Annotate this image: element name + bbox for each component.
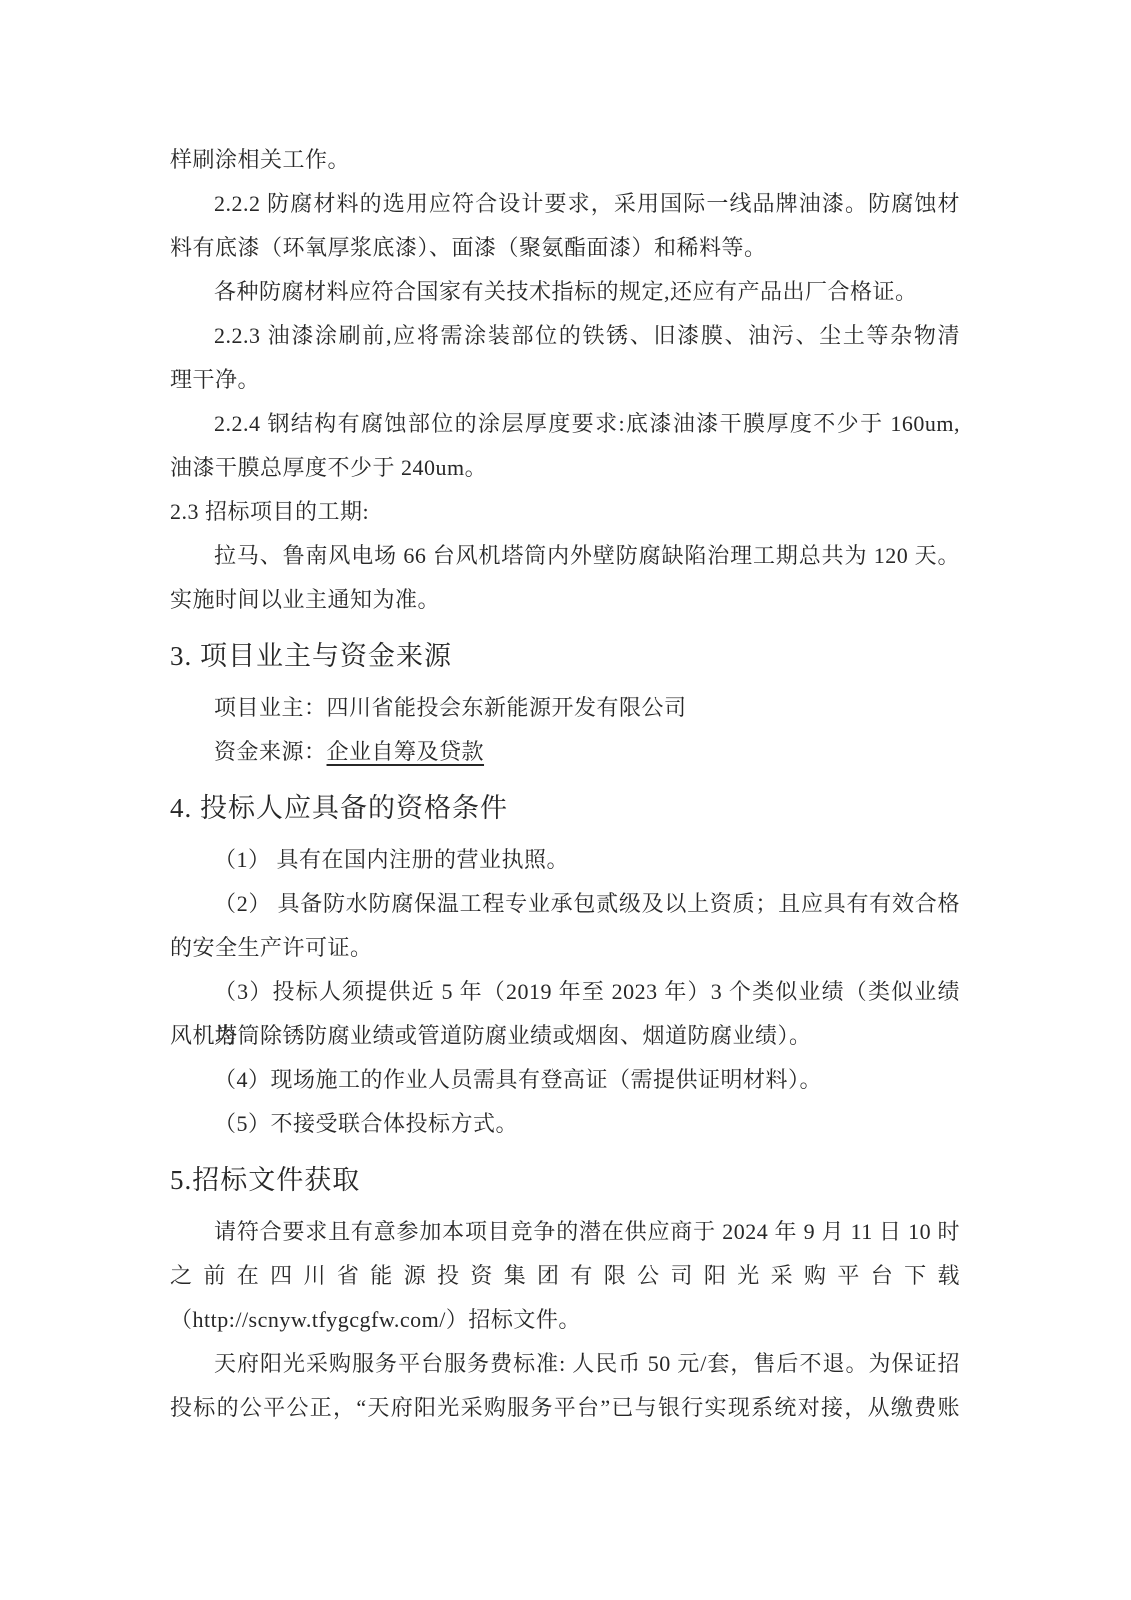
heading-3-project-owner-funding: 3. 项目业主与资金来源 xyxy=(170,633,960,679)
paragraph-materials-standards: 各种防腐材料应符合国家有关技术指标的规定,还应有产品出厂合格证。 xyxy=(170,270,960,314)
paragraph-duration-detail: 拉马、鲁南风电场 66 台风机塔筒内外壁防腐缺陷治理工期总共为 120 天。 实… xyxy=(170,534,960,622)
text-line: （5）不接受联合体投标方式。 xyxy=(170,1102,960,1146)
text-line: 项目业主：四川省能投会东新能源开发有限公司 xyxy=(170,686,960,730)
text-line: 2.2.4 钢结构有腐蚀部位的涂层厚度要求:底漆油漆干膜厚度不少于 160um, xyxy=(170,402,960,446)
line-project-owner: 项目业主：四川省能投会东新能源开发有限公司 xyxy=(170,686,960,730)
paragraph-222-anticorrosion-materials: 2.2.2 防腐材料的选用应符合设计要求，采用国际一线品牌油漆。防腐蚀材 料有底… xyxy=(170,182,960,270)
funding-source-label: 资金来源： xyxy=(214,739,327,764)
text-line: （3）投标人须提供近 5 年（2019 年至 2023 年）3 个类似业绩（类似… xyxy=(170,970,960,1014)
text-line: 请符合要求且有意参加本项目竞争的潜在供应商于 2024 年 9 月 11 日 1… xyxy=(170,1210,960,1254)
paragraph-platform-service-fee: 天府阳光采购服务平台服务费标准: 人民币 50 元/套，售后不退。为保证招 投标… xyxy=(170,1342,960,1430)
text-line-with-url: （http://scnyw.tfygcgfw.com/）招标文件。 xyxy=(170,1298,960,1342)
item-5-no-consortium-bidding: （5）不接受联合体投标方式。 xyxy=(170,1102,960,1146)
heading-5-document-acquisition: 5.招标文件获取 xyxy=(170,1157,960,1203)
document-page: 样刷涂相关工作。 2.2.2 防腐材料的选用应符合设计要求，采用国际一线品牌油漆… xyxy=(0,0,1131,1600)
text-line: 之前在四川省能源投资集团有限公司阳光采购平台下载 xyxy=(170,1254,960,1298)
text-line: 2.2.2 防腐材料的选用应符合设计要求，采用国际一线品牌油漆。防腐蚀材 xyxy=(170,182,960,226)
text-line: 天府阳光采购服务平台服务费标准: 人民币 50 元/套，售后不退。为保证招 xyxy=(170,1342,960,1386)
item-4-climbing-certificate: （4）现场施工的作业人员需具有登高证（需提供证明材料）。 xyxy=(170,1058,960,1102)
paragraph-224-coating-thickness: 2.2.4 钢结构有腐蚀部位的涂层厚度要求:底漆油漆干膜厚度不少于 160um,… xyxy=(170,402,960,490)
paragraph-221-continuation: 样刷涂相关工作。 xyxy=(170,138,960,182)
paragraph-223-surface-cleaning: 2.2.3 油漆涂刷前,应将需涂装部位的铁锈、旧漆膜、油污、尘土等杂物清 理干净… xyxy=(170,314,960,402)
text-line: 实施时间以业主通知为准。 xyxy=(170,578,960,622)
text-line: （4）现场施工的作业人员需具有登高证（需提供证明材料）。 xyxy=(170,1058,960,1102)
text-line: 资金来源：企业自筹及贷款 xyxy=(170,730,960,774)
text-line: 拉马、鲁南风电场 66 台风机塔筒内外壁防腐缺陷治理工期总共为 120 天。 xyxy=(170,534,960,578)
paragraph-document-download: 请符合要求且有意参加本项目竞争的潜在供应商于 2024 年 9 月 11 日 1… xyxy=(170,1210,960,1342)
text-line: 2.2.3 油漆涂刷前,应将需涂装部位的铁锈、旧漆膜、油污、尘土等杂物清 xyxy=(170,314,960,358)
text-line: 2.3 招标项目的工期: xyxy=(170,490,960,534)
underlined-funding-source-value: 企业自筹及贷款 xyxy=(327,739,485,764)
text-line: （2） 具备防水防腐保温工程专业承包贰级及以上资质；且应具有有效合格 xyxy=(170,882,960,926)
text-line: 各种防腐材料应符合国家有关技术指标的规定,还应有产品出厂合格证。 xyxy=(170,270,960,314)
text-line: 投标的公平公正，“天府阳光采购服务平台”已与银行实现系统对接，从缴费账 xyxy=(170,1386,960,1430)
text-line: 理干净。 xyxy=(170,358,960,402)
line-funding-source: 资金来源：企业自筹及贷款 xyxy=(170,730,960,774)
text-line: 的安全生产许可证。 xyxy=(170,926,960,970)
item-1-business-license: （1） 具有在国内注册的营业执照。 xyxy=(170,838,960,882)
page-content: 样刷涂相关工作。 2.2.2 防腐材料的选用应符合设计要求，采用国际一线品牌油漆… xyxy=(170,138,960,1430)
line-23-project-duration-title: 2.3 招标项目的工期: xyxy=(170,490,960,534)
text-line: 风机塔筒除锈防腐业绩或管道防腐业绩或烟囱、烟道防腐业绩）。 xyxy=(170,1014,960,1058)
text-line: （1） 具有在国内注册的营业执照。 xyxy=(170,838,960,882)
heading-4-bidder-qualifications: 4. 投标人应具备的资格条件 xyxy=(170,785,960,831)
text-line: 料有底漆（环氧厚浆底漆）、面漆（聚氨酯面漆）和稀料等。 xyxy=(170,226,960,270)
item-3-similar-performance: （3）投标人须提供近 5 年（2019 年至 2023 年）3 个类似业绩（类似… xyxy=(170,970,960,1058)
item-2-qualification-grade: （2） 具备防水防腐保温工程专业承包贰级及以上资质；且应具有有效合格 的安全生产… xyxy=(170,882,960,970)
text-line: 油漆干膜总厚度不少于 240um。 xyxy=(170,446,960,490)
text-line: 样刷涂相关工作。 xyxy=(170,138,960,182)
